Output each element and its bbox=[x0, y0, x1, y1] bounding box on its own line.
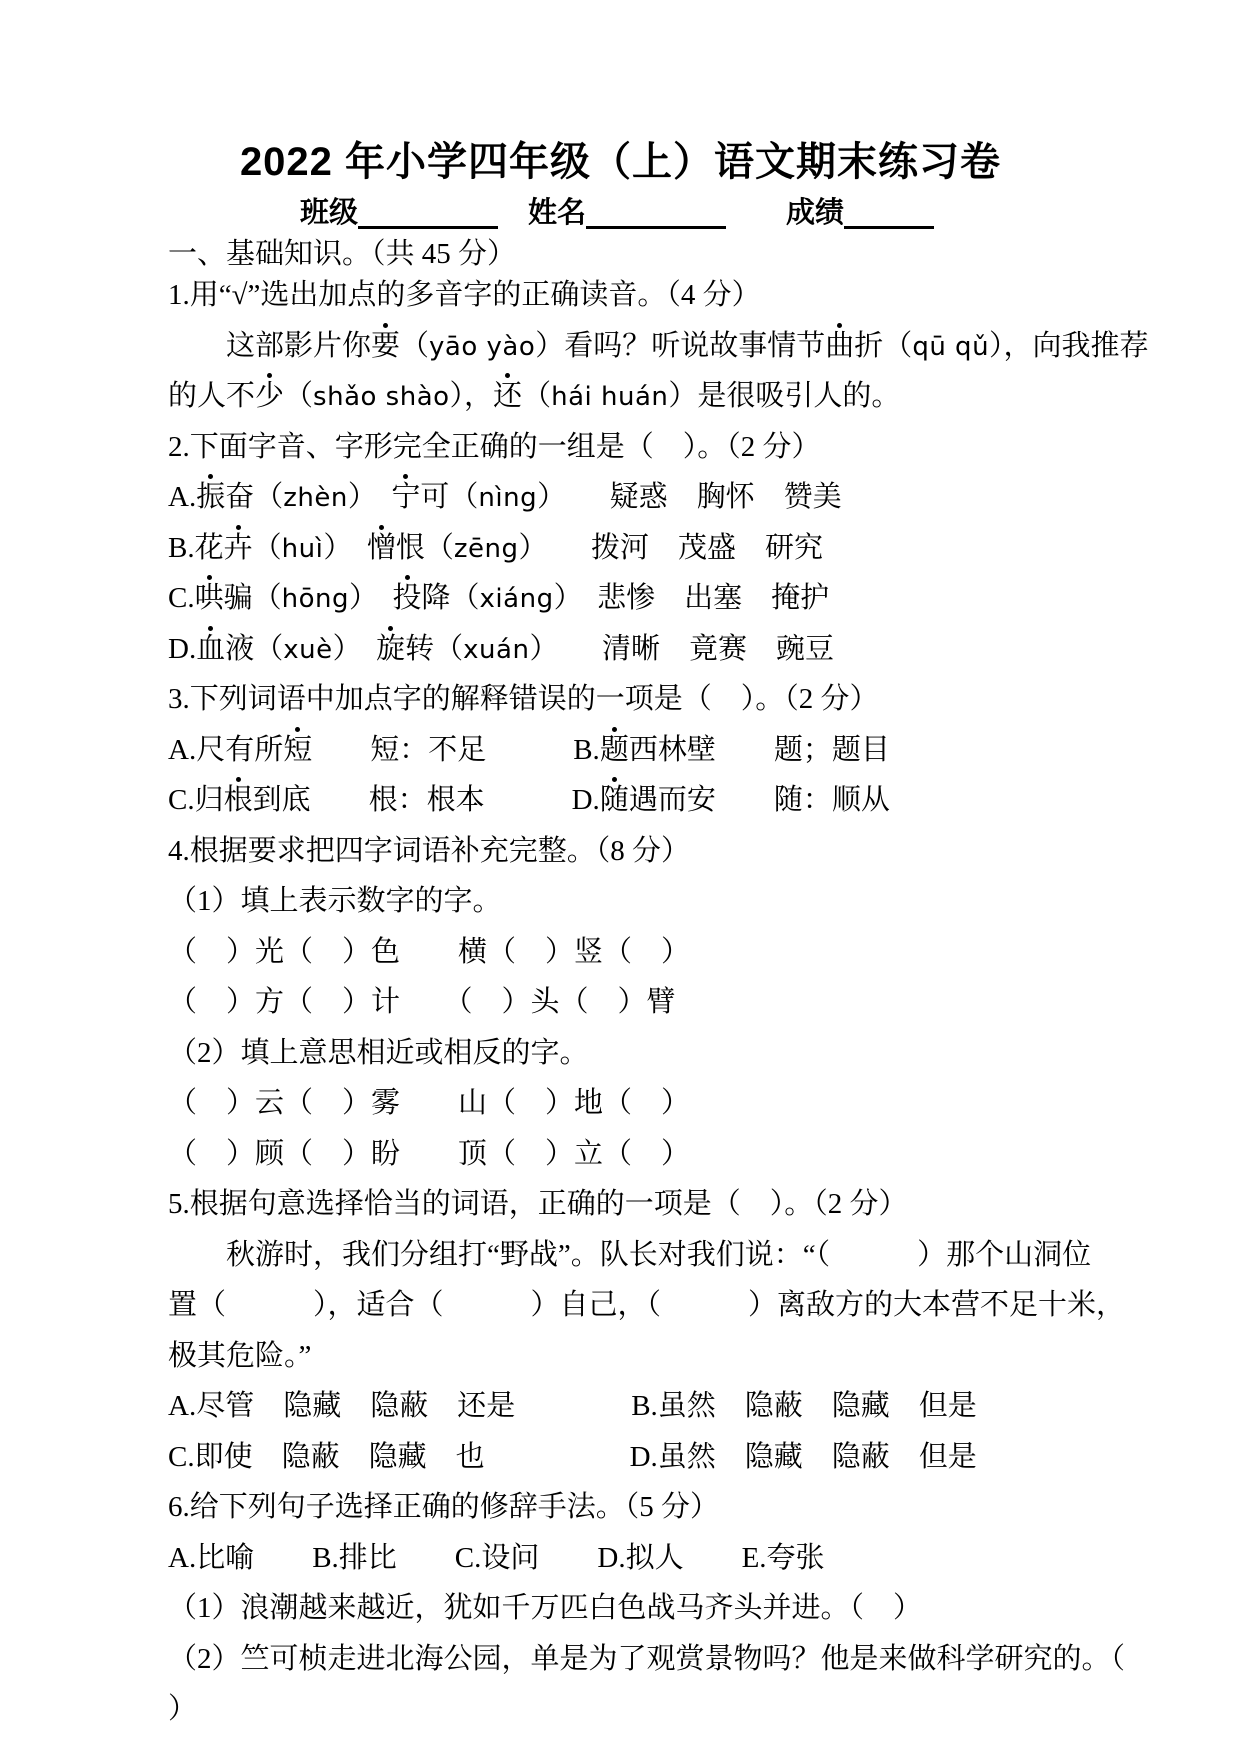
pinyin-text: zēng bbox=[454, 534, 519, 564]
emphasis-dot-char: 血 bbox=[196, 624, 225, 675]
emphasis-dot-char: 憎 bbox=[367, 523, 396, 574]
emphasis-dot-char: 宁 bbox=[391, 472, 420, 523]
pinyin-text: xiáng bbox=[480, 584, 554, 614]
student-info-row: 班级姓名成绩 bbox=[300, 190, 934, 231]
emphasis-dot-char: 曲 bbox=[825, 321, 854, 372]
text-line-15: （ ）方（ ）计 （ ）头（ ）臂 bbox=[168, 977, 1098, 1028]
text-line-10: A.尺有所短 短：不足 B.题西林壁 题；题目 bbox=[168, 725, 1098, 776]
text-line-27: （1）浪潮越来越近，犹如千万匹白色战马齐头并进。（ ） bbox=[168, 1583, 1098, 1634]
text-line-13: （1）填上表示数字的字。 bbox=[168, 876, 1098, 927]
text-line-2: 这部影片你要（yāo yào）看吗？听说故事情节曲折（qū qǔ），向我推荐 bbox=[168, 321, 1098, 372]
emphasis-dot-char: 投 bbox=[393, 573, 422, 624]
emphasis-dot-char: 旋 bbox=[376, 624, 405, 675]
score-blank bbox=[844, 216, 934, 229]
text-line-1: 1.用“√”选出加点的多音字的正确读音。（4 分） bbox=[168, 270, 1098, 321]
text-line-9: 3.下列词语中加点字的解释错误的一项是（ ）。（2 分） bbox=[168, 674, 1098, 725]
pinyin-text: huì bbox=[282, 534, 324, 564]
pinyin-text: yāo yào bbox=[429, 332, 535, 362]
text-line-25: 6.给下列句子选择正确的修辞手法。（5 分） bbox=[168, 1482, 1098, 1533]
emphasis-dot-char: 题 bbox=[600, 725, 629, 776]
text-line-24: C.即使 隐蔽 隐藏 也 D.虽然 隐藏 隐蔽 但是 bbox=[168, 1432, 1098, 1483]
text-line-20: 秋游时，我们分组打“野战”。队长对我们说：“（ ）那个山洞位 bbox=[168, 1230, 1098, 1281]
text-line-18: （ ）顾（ ）盼 顶（ ）立（ ） bbox=[168, 1129, 1098, 1180]
text-line-3: 的人不少（shǎo shào），还（hái huán）是很吸引人的。 bbox=[168, 371, 1098, 422]
exam-paper-page: 2022 年小学四年级（上）语文期末练习卷 班级姓名成绩 一、基础知识。（共 4… bbox=[0, 0, 1241, 1754]
pinyin-text: xuán bbox=[463, 635, 529, 665]
pinyin-text: hái huán bbox=[551, 382, 668, 412]
class-blank bbox=[358, 216, 498, 229]
emphasis-dot-char: 还 bbox=[493, 371, 522, 422]
text-line-6: B.花卉（huì） 憎恨（zēng） 拨河 茂盛 研究 bbox=[168, 523, 1098, 574]
text-line-16: （2）填上意思相近或相反的字。 bbox=[168, 1028, 1098, 1079]
name-blank bbox=[586, 216, 726, 229]
emphasis-dot-char: 根 bbox=[224, 775, 253, 826]
text-line-29: ） bbox=[168, 1684, 1098, 1735]
emphasis-dot-char: 随 bbox=[600, 775, 629, 826]
emphasis-dot-char: 要 bbox=[371, 321, 400, 372]
text-line-11: C.归根到底 根：根本 D.随遇而安 随：顺从 bbox=[168, 775, 1098, 826]
class-label: 班级 bbox=[300, 197, 358, 229]
text-line-17: （ ）云（ ）雾 山（ ）地（ ） bbox=[168, 1078, 1098, 1129]
pinyin-text: qū qǔ bbox=[912, 332, 989, 362]
text-line-14: （ ）光（ ）色 横（ ）竖（ ） bbox=[168, 927, 1098, 978]
text-line-26: A.比喻 B.排比 C.设问 D.拟人 E.夸张 bbox=[168, 1533, 1098, 1584]
text-line-4: 2.下面字音、字形完全正确的一组是（ ）。（2 分） bbox=[168, 422, 1098, 473]
pinyin-text: xuè bbox=[283, 635, 332, 665]
score-label: 成绩 bbox=[786, 197, 844, 229]
text-line-8: D.血液（xuè） 旋转（xuán） 清晰 竟赛 豌豆 bbox=[168, 624, 1098, 675]
section-heading: 一、基础知识。（共 45 分） bbox=[168, 231, 516, 272]
text-line-21: 置（ ），适合（ ）自己，（ ）离敌方的大本营不足十米， bbox=[168, 1280, 1098, 1331]
text-line-19: 5.根据句意选择恰当的词语，正确的一项是（ ）。（2 分） bbox=[168, 1179, 1098, 1230]
text-line-7: C.哄骗（hōng） 投降（xiáng） 悲惨 出塞 掩护 bbox=[168, 573, 1098, 624]
pinyin-text: nìng bbox=[478, 483, 537, 513]
text-line-12: 4.根据要求把四字词语补充完整。（8 分） bbox=[168, 826, 1098, 877]
pinyin-text: hōng bbox=[282, 584, 349, 614]
text-line-22: 极其危险。” bbox=[168, 1331, 1098, 1382]
emphasis-dot-char: 少 bbox=[255, 371, 284, 422]
emphasis-dot-char: 短 bbox=[283, 725, 312, 776]
name-label: 姓名 bbox=[528, 197, 586, 229]
text-line-5: A.振奋（zhèn） 宁可（nìng） 疑惑 胸怀 赞美 bbox=[168, 472, 1098, 523]
emphasis-dot-char: 哄 bbox=[195, 573, 224, 624]
emphasis-dot-char: 卉 bbox=[224, 523, 253, 574]
document-lines: 1.用“√”选出加点的多音字的正确读音。（4 分） 这部影片你要（yāo yào… bbox=[168, 270, 1098, 1735]
text-line-28: （2）竺可桢走进北海公园，单是为了观赏景物吗？他是来做科学研究的。（ bbox=[168, 1634, 1098, 1685]
pinyin-text: shǎo shào bbox=[313, 382, 450, 412]
emphasis-dot-char: 振 bbox=[196, 472, 225, 523]
page-title: 2022 年小学四年级（上）语文期末练习卷 bbox=[0, 130, 1241, 187]
pinyin-text: zhèn bbox=[283, 483, 348, 513]
text-line-23: A.尽管 隐藏 隐蔽 还是 B.虽然 隐蔽 隐藏 但是 bbox=[168, 1381, 1098, 1432]
